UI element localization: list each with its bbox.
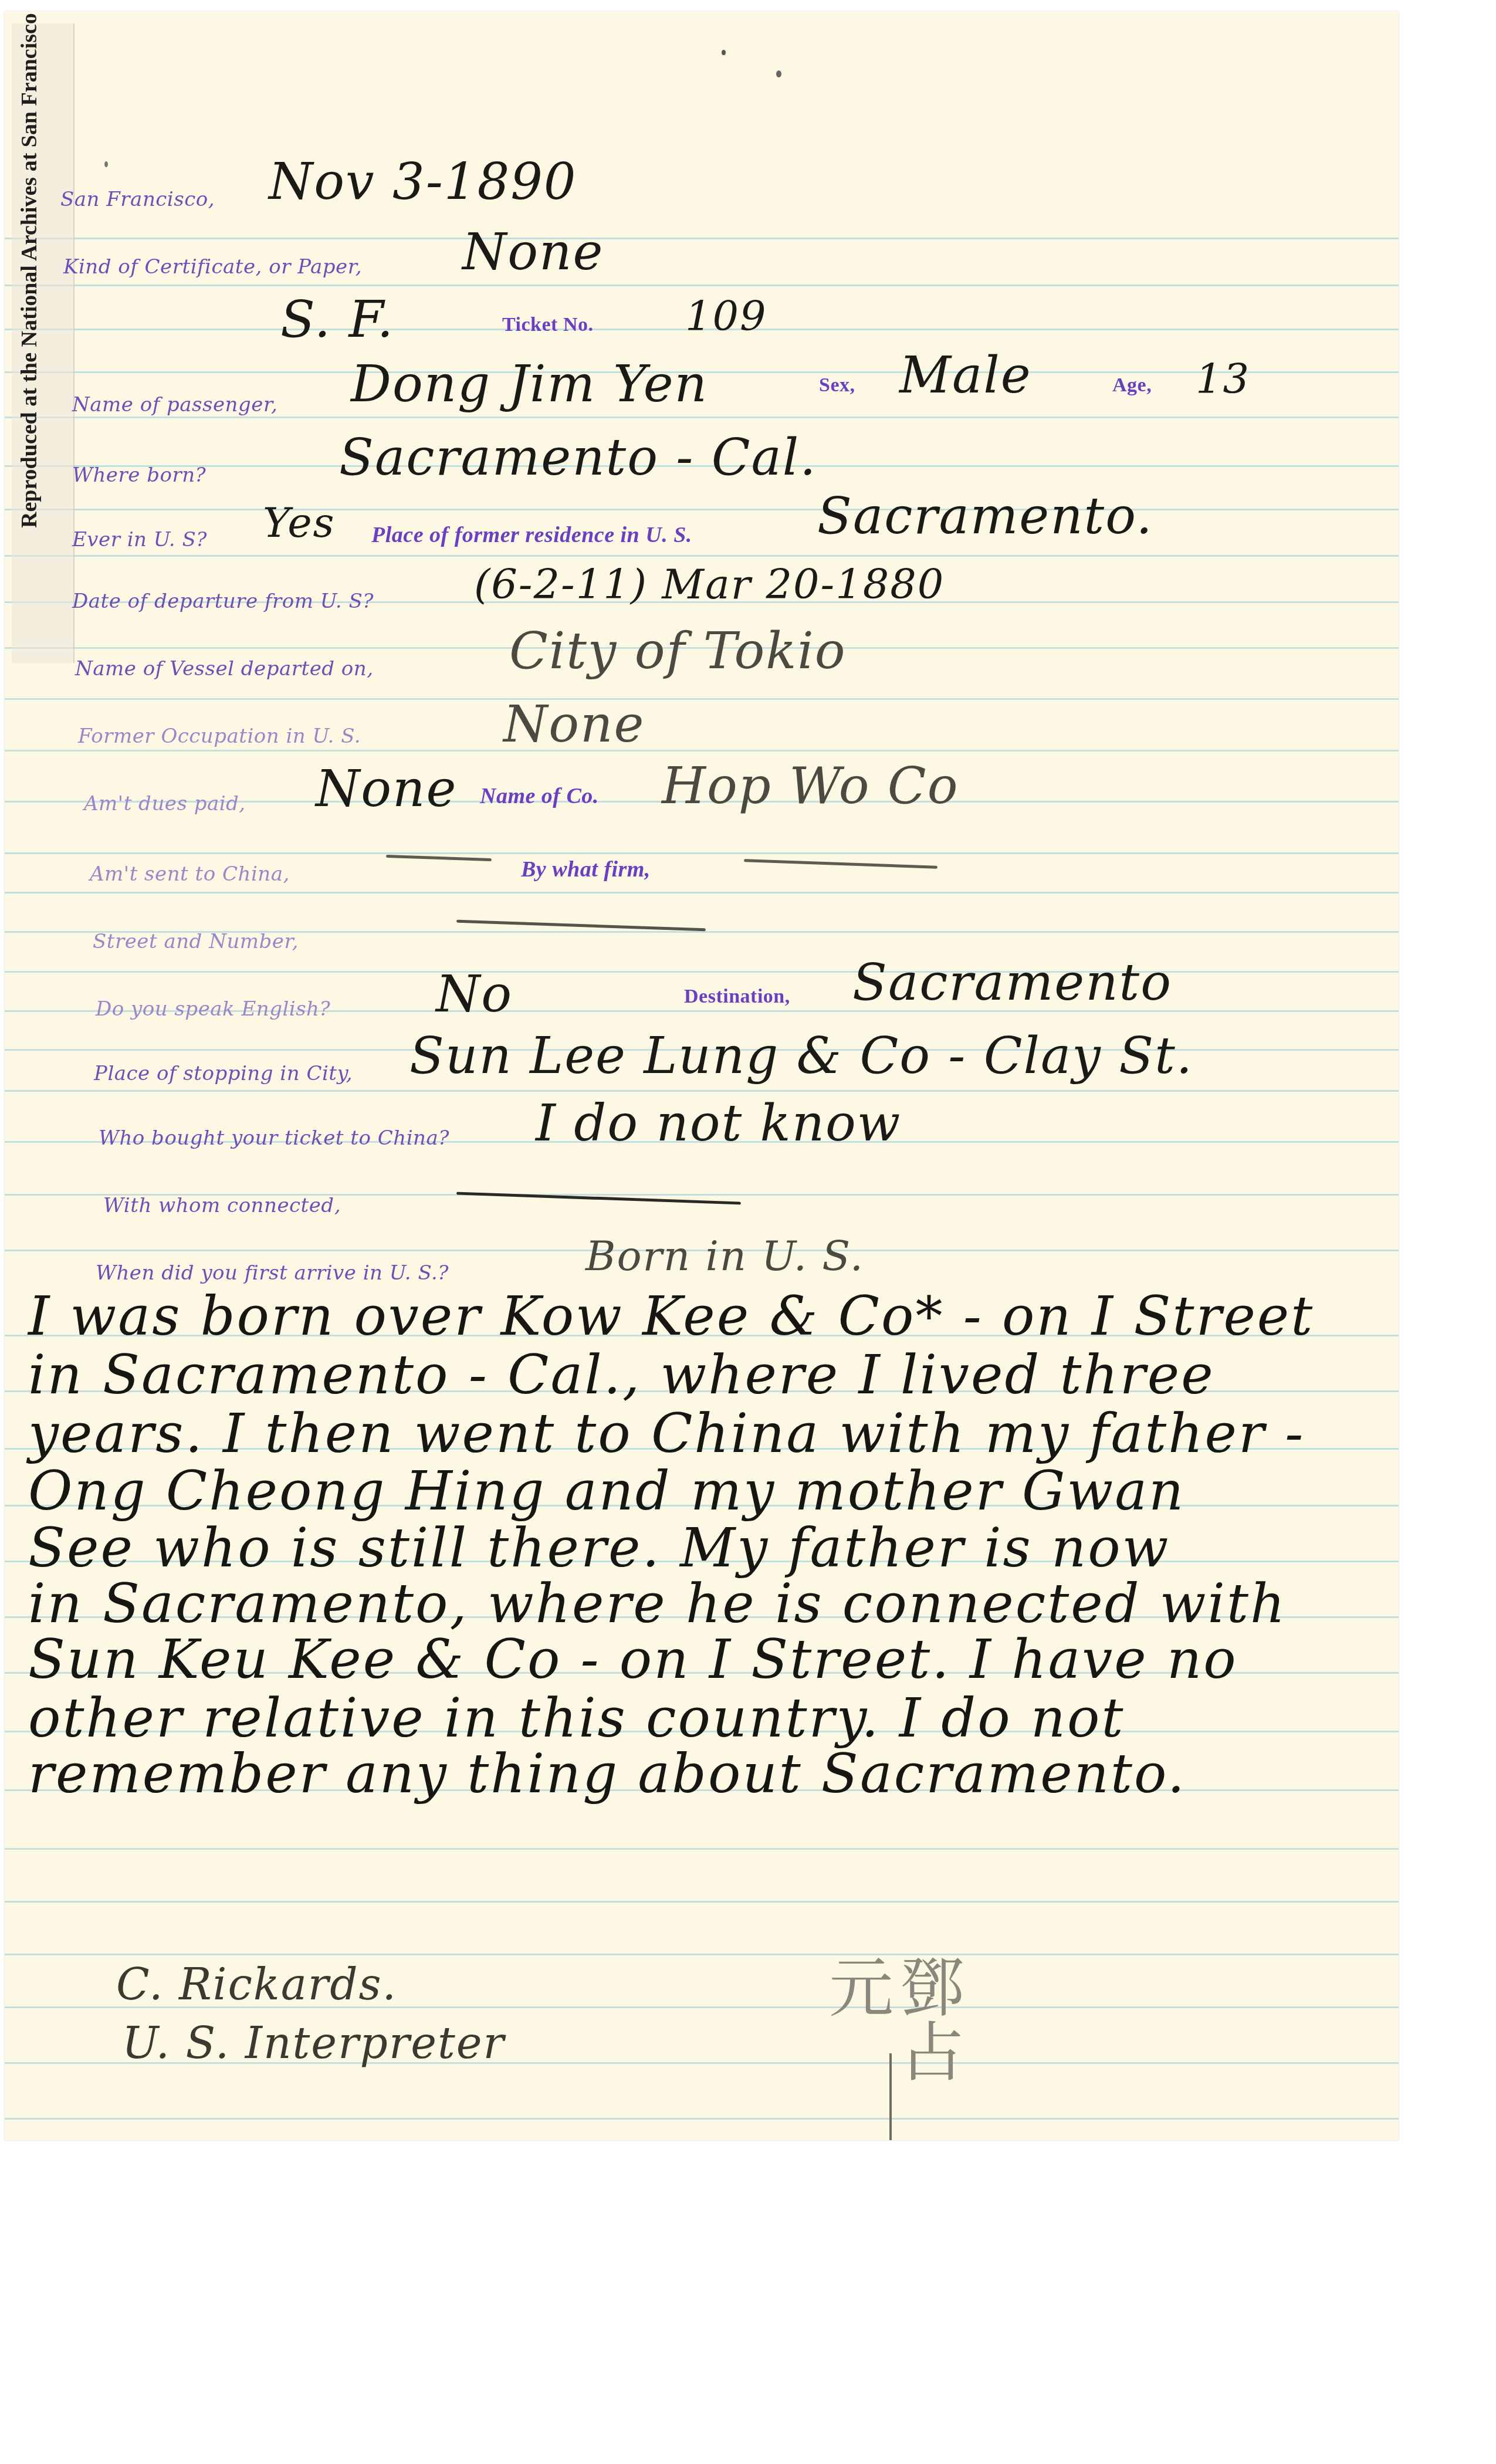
age-value: 13 xyxy=(1196,355,1250,403)
san-francisco-label: San Francisco, xyxy=(60,188,215,211)
punch-hole-mark xyxy=(776,70,781,77)
ruled-line xyxy=(5,892,1399,893)
first-arrive-label: When did you first arrive in U. S.? xyxy=(96,1261,449,1285)
name-of-co-value: Hop Wo Co xyxy=(662,757,959,815)
first-arrive-value: Born in U. S. xyxy=(585,1232,864,1280)
kind-of-certificate-label: Kind of Certificate, or Paper, xyxy=(63,255,362,279)
ticket-number-value: 109 xyxy=(685,292,767,340)
ruled-line xyxy=(5,852,1399,854)
date-of-departure-label: Date of departure from U. S? xyxy=(72,590,374,613)
ruled-line xyxy=(5,238,1399,239)
statement-line: other relative in this country. I do not xyxy=(28,1687,1125,1749)
place-of-stopping-value: Sun Lee Lung & Co - Clay St. xyxy=(409,1027,1193,1085)
where-born-value: Sacramento - Cal. xyxy=(339,428,817,487)
punch-hole-mark xyxy=(722,50,726,55)
ruled-line xyxy=(5,971,1399,973)
interpreter-signature: C. Rickards. xyxy=(116,1959,397,2010)
street-and-number-label: Street and Number, xyxy=(93,930,299,953)
ever-in-us-value: Yes xyxy=(263,499,335,547)
statement-line: See who is still there. My father is now xyxy=(28,1517,1170,1579)
with-whom-connected-label: With whom connected, xyxy=(103,1194,341,1217)
ruled-line xyxy=(5,417,1399,418)
age-label: Age, xyxy=(1112,374,1152,397)
name-of-passenger-label: Name of passenger, xyxy=(72,393,277,417)
speak-english-value: No xyxy=(436,965,513,1024)
ticket-prefix: S. F. xyxy=(280,290,394,349)
statement-line: Ong Cheong Hing and my mother Gwan xyxy=(28,1460,1185,1522)
amt-sent-blank-dash xyxy=(386,855,492,861)
ruled-line xyxy=(5,2118,1399,2120)
who-bought-ticket-label: Who bought your ticket to China? xyxy=(99,1126,449,1150)
ruled-line xyxy=(5,750,1399,752)
amt-sent-to-china-label: Am't sent to China, xyxy=(90,862,290,886)
statement-line: years. I then went to China with my fath… xyxy=(28,1402,1305,1465)
archive-stamp-text: Reproduced at the National Archives at S… xyxy=(16,82,42,528)
by-what-firm-blank-dash xyxy=(744,859,937,869)
statement-line: remember any thing about Sacramento. xyxy=(28,1742,1186,1805)
statement-line: I was born over Kow Kee & Co* - on I Str… xyxy=(28,1285,1314,1348)
ruled-line xyxy=(5,1090,1399,1092)
ruled-line xyxy=(5,555,1399,557)
chinese-name-bracket-line xyxy=(889,2053,892,2140)
former-residence-label: Place of former residence in U. S. xyxy=(371,522,692,548)
amt-dues-paid-value: None xyxy=(316,760,457,818)
ruled-line xyxy=(5,1954,1399,1955)
interpreter-title: U. S. Interpreter xyxy=(122,2018,505,2069)
ruled-line xyxy=(5,509,1399,510)
former-residence-value: Sacramento. xyxy=(817,487,1153,546)
date-of-departure-value: (6-2-11) Mar 20-1880 xyxy=(474,560,945,608)
document-page: Reproduced at the National Archives at S… xyxy=(5,12,1399,2140)
statement-line: Sun Keu Kee & Co - on I Street. I have n… xyxy=(28,1628,1238,1691)
ruled-line xyxy=(5,285,1399,286)
ruled-line xyxy=(5,1901,1399,1903)
ruled-line xyxy=(5,1848,1399,1850)
former-occupation-label: Former Occupation in U. S. xyxy=(78,725,361,748)
vessel-label: Name of Vessel departed on, xyxy=(75,657,374,681)
sex-value: Male xyxy=(899,346,1032,405)
by-what-firm-label: By what firm, xyxy=(521,857,651,882)
kind-of-certificate-value: None xyxy=(462,223,604,282)
street-blank-dash xyxy=(456,920,706,932)
ticket-no-label: Ticket No. xyxy=(502,314,593,336)
ever-in-us-label: Ever in U. S? xyxy=(72,528,207,551)
ruled-line xyxy=(5,698,1399,700)
sex-label: Sex, xyxy=(819,374,855,397)
speak-english-label: Do you speak English? xyxy=(96,997,330,1021)
place-of-stopping-label: Place of stopping in City, xyxy=(94,1062,353,1085)
passenger-name-value: Dong Jim Yen xyxy=(351,355,708,414)
vessel-value: City of Tokio xyxy=(509,622,847,681)
paper-speck xyxy=(104,161,108,167)
destination-label: Destination, xyxy=(684,986,790,1008)
where-born-label: Where born? xyxy=(72,463,206,487)
destination-value: Sacramento xyxy=(852,953,1172,1012)
statement-line: in Sacramento - Cal., where I lived thre… xyxy=(28,1343,1215,1406)
who-bought-ticket-value: I do not know xyxy=(536,1094,901,1153)
amt-dues-paid-label: Am't dues paid, xyxy=(84,792,246,815)
former-occupation-value: None xyxy=(503,695,645,754)
date-value: Nov 3-1890 xyxy=(269,153,577,211)
statement-line: in Sacramento, where he is connected wit… xyxy=(28,1572,1287,1635)
name-of-co-label: Name of Co. xyxy=(480,783,599,809)
